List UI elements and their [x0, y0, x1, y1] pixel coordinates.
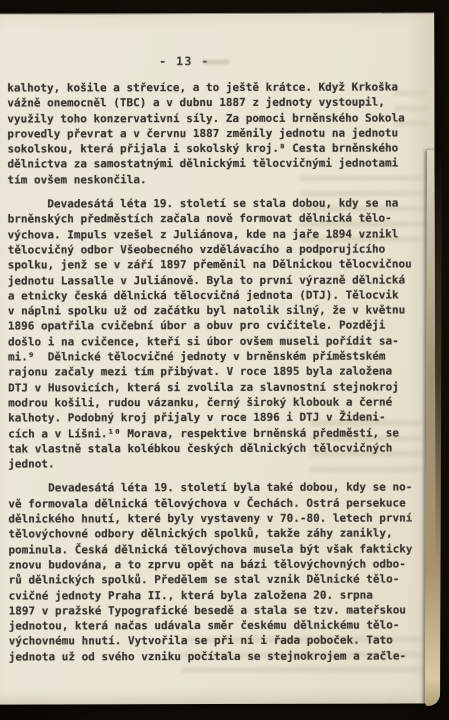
text-line: využily toho konzervativní síly. Za pomo… — [7, 110, 431, 126]
text-line: pominula. Česká dělnická tělovýchova mus… — [8, 541, 432, 557]
text-line: jednotou, která načas udávala směr české… — [9, 618, 433, 634]
text-line: jednot. — [8, 456, 432, 472]
text-line: Devadesátá léta 19. století byla také do… — [8, 480, 432, 496]
text-line: DTJ v Husovicích, která si zvolila za sl… — [8, 379, 432, 395]
paragraph: kalhoty, košile a střevíce, a to ještě k… — [7, 79, 431, 187]
text-line: vážně onemocněl (TBC) a v dubnu 1887 z j… — [7, 95, 431, 111]
text-line: sokolskou, která přijala i sokolský kroj… — [7, 141, 431, 157]
text-line: a etnicky česká dělnická tělocvičná jedn… — [8, 287, 432, 303]
text-line: jednota už od svého vzniku počítala se s… — [9, 648, 433, 664]
text-line: cích a v Líšni.¹⁰ Morava, respektive brn… — [8, 425, 432, 441]
text-line: dělnického hnutí, které byly vystaveny v… — [8, 510, 432, 526]
text-line: tělovýchovné odbory dělnických spolků, t… — [8, 526, 432, 542]
text-line: rů dělnických spolků. Předělem se stal v… — [9, 572, 433, 588]
text-line: tělocvičný odbor Všeobecného vzdělávacíh… — [8, 241, 432, 257]
text-line: v náplni spolku už od začátku byl natoli… — [8, 303, 432, 319]
text-line: znovu budována, a to zprvu opět na bázi … — [9, 556, 433, 572]
text-line: 1896 opatřila cvičební úbor a obuv pro c… — [8, 318, 432, 334]
book-page: - 13 - kalhoty, košile a střevíce, a to … — [0, 12, 436, 704]
text-line: modrou košili, rudou vázanku, černý širo… — [8, 394, 432, 410]
text-line: kalhoty, košile a střevíce, a to ještě k… — [7, 79, 431, 95]
page-number: - 13 - — [159, 54, 210, 68]
text-line: výchovnému hnutí. Vytvořila se při ní i … — [9, 633, 433, 649]
text-line: mi.⁹ Dělnické tělocvičné jednoty v brněn… — [8, 348, 432, 364]
text-line: 1897 v pražské Typografické besedě a sta… — [9, 602, 433, 618]
text-line: jednotu Lassalle v Juliánově. Byla to pr… — [8, 272, 432, 288]
text-line: tím ovšem neskončila. — [8, 171, 432, 187]
text-line: rajonu začaly mezi tím přibývat. V roce … — [8, 364, 432, 380]
paragraph: Devadesátá léta 19. století se stala dob… — [8, 196, 433, 472]
text-line: tak vlastně stala kolébkou českých dělni… — [8, 440, 432, 456]
scanned-book-photo: - 13 - kalhoty, košile a střevíce, a to … — [0, 0, 449, 720]
text-line: provedly převrat a v červnu 1887 změnily… — [7, 125, 431, 141]
text-line: kalhoty. Podobný kroj přijaly v roce 189… — [8, 410, 432, 426]
ink-smudge — [203, 60, 229, 64]
text-line: spolku, jenž se v září 1897 přeměnil na … — [8, 257, 432, 273]
text-line: dělnictva za samostatnými dělnickými těl… — [7, 156, 431, 172]
text-line: vě formovala dělnická tělovýchova v Čech… — [8, 495, 432, 511]
paragraph: Devadesátá léta 19. století byla také do… — [8, 480, 432, 665]
text-line: výchova. Impuls vzešel z Juliánova, kde … — [8, 226, 432, 242]
text-body: kalhoty, košile a střevíce, a to ještě k… — [7, 79, 433, 664]
text-line: došlo i na cvičence, kteří si úbor ovšem… — [8, 333, 432, 349]
text-line: Devadesátá léta 19. století se stala dob… — [8, 196, 432, 212]
text-line: cvičné jednoty Praha II., která byla zal… — [9, 587, 433, 603]
text-line: brněnských předměstích začala nově formo… — [8, 211, 432, 227]
